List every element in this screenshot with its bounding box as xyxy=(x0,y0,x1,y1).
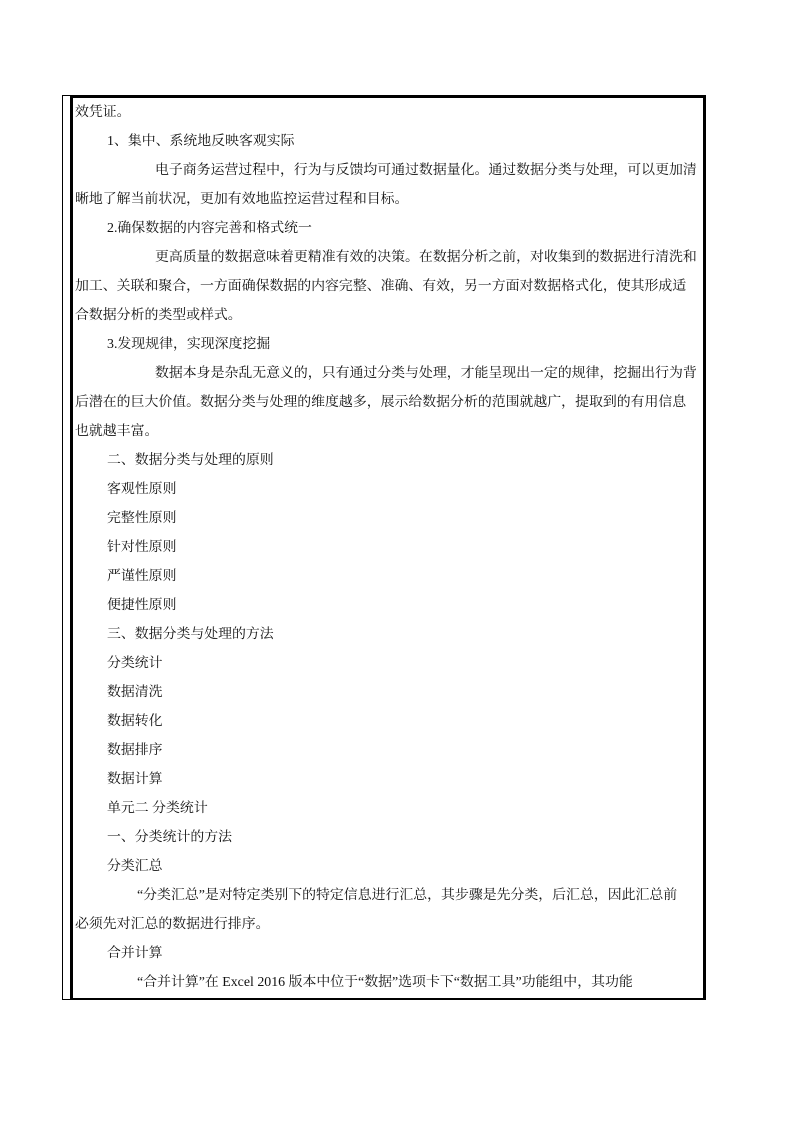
text-line: 三、数据分类与处理的方法 xyxy=(75,620,703,649)
text-line: 客观性原则 xyxy=(75,475,703,504)
text-line: 分类汇总 xyxy=(75,852,703,881)
text-line: 也就越丰富。 xyxy=(75,417,703,446)
text-line: 数据转化 xyxy=(75,707,703,736)
text-line: “合并计算”在 Excel 2016 版本中位于“数据”选项卡下“数据工具”功能… xyxy=(75,968,703,997)
table-side-cell xyxy=(706,95,724,1000)
text-line: 合数据分析的类型或样式。 xyxy=(75,301,703,330)
text-line: 必须先对汇总的数据进行排序。 xyxy=(75,910,703,939)
text-line: 3.发现规律，实现深度挖掘 xyxy=(75,330,703,359)
text-line: 后潜在的巨大价值。数据分类与处理的维度越多，展示给数据分析的范围就越广，提取到的… xyxy=(75,388,703,417)
document-text-block: 效凭证。1、集中、系统地反映客观实际电子商务运营过程中，行为与反馈均可通过数据量… xyxy=(75,98,703,997)
text-line: 合并计算 xyxy=(75,939,703,968)
text-line: 数据计算 xyxy=(75,765,703,794)
text-line: 电子商务运营过程中，行为与反馈均可通过数据量化。通过数据分类与处理，可以更加清 xyxy=(75,156,703,185)
text-line: 晰地了解当前状况，更加有效地监控运营过程和目标。 xyxy=(75,185,703,214)
text-line: 单元二 分类统计 xyxy=(75,794,703,823)
text-line: 加工、关联和聚合，一方面确保数据的内容完整、准确、有效，另一方面对数据格式化，使… xyxy=(75,272,703,301)
text-line: 数据本身是杂乱无意义的，只有通过分类与处理，才能呈现出一定的规律，挖掘出行为背 xyxy=(75,359,703,388)
text-line: 便捷性原则 xyxy=(75,591,703,620)
text-line: 针对性原则 xyxy=(75,533,703,562)
document-page: 效凭证。1、集中、系统地反映客观实际电子商务运营过程中，行为与反馈均可通过数据量… xyxy=(0,0,793,1122)
text-line: 数据排序 xyxy=(75,736,703,765)
text-line: 效凭证。 xyxy=(75,98,703,127)
text-line: 二、数据分类与处理的原则 xyxy=(75,446,703,475)
table-content-cell: 效凭证。1、集中、系统地反映客观实际电子商务运营过程中，行为与反馈均可通过数据量… xyxy=(70,95,706,1000)
text-line: 严谨性原则 xyxy=(75,562,703,591)
text-line: “分类汇总”是对特定类别下的特定信息进行汇总，其步骤是先分类，后汇总，因此汇总前 xyxy=(75,881,703,910)
text-line: 更高质量的数据意味着更精准有效的决策。在数据分析之前，对收集到的数据进行清洗和 xyxy=(75,243,703,272)
text-line: 1、集中、系统地反映客观实际 xyxy=(75,127,703,156)
text-line: 2.确保数据的内容完善和格式统一 xyxy=(75,214,703,243)
text-line: 分类统计 xyxy=(75,649,703,678)
text-line: 完整性原则 xyxy=(75,504,703,533)
text-line: 一、分类统计的方法 xyxy=(75,823,703,852)
text-line: 数据清洗 xyxy=(75,678,703,707)
